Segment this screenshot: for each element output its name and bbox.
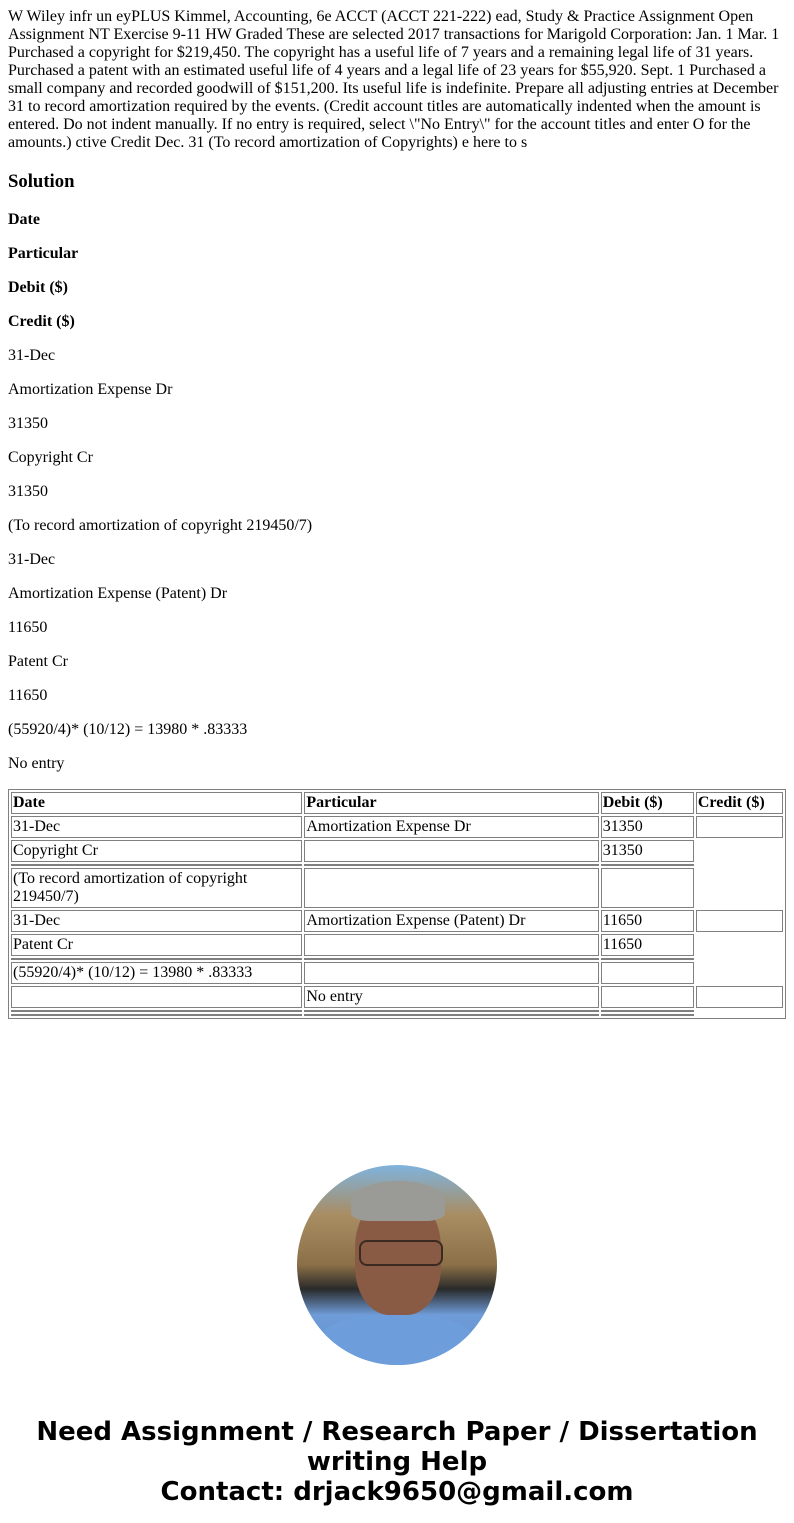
- cell-date: 31-Dec: [11, 816, 302, 838]
- question-text: W Wiley infr un eyPLUS Kimmel, Accountin…: [8, 8, 786, 152]
- solution-line: No entry: [8, 755, 786, 773]
- table-separator-row: [11, 958, 783, 960]
- cell-particular: Amortization Expense (Patent) Dr: [304, 910, 598, 932]
- table-header-row: Date Particular Debit ($) Credit ($): [11, 792, 783, 814]
- cell-date: (55920/4)* (10/12) = 13980 * .83333: [11, 962, 302, 984]
- cell-debit: [601, 868, 694, 908]
- cell-particular: [304, 962, 598, 984]
- header-particular: Particular: [304, 792, 598, 814]
- cell-particular: [304, 840, 598, 862]
- solution-line: Credit ($): [8, 313, 786, 331]
- table-separator-row: [11, 1010, 783, 1012]
- solution-line: Copyright Cr: [8, 449, 786, 467]
- table-separator-row: [11, 1014, 783, 1016]
- author-photo-container: [0, 1165, 794, 1365]
- cell-credit: [696, 910, 783, 932]
- cell-date: Patent Cr: [11, 934, 302, 956]
- cell-particular: No entry: [304, 986, 598, 1008]
- cell-date: 31-Dec: [11, 910, 302, 932]
- table-row: 31-Dec Amortization Expense (Patent) Dr …: [11, 910, 783, 932]
- cell-particular: [304, 934, 598, 956]
- table-separator-row: [11, 864, 783, 866]
- table-row: Patent Cr 11650: [11, 934, 783, 956]
- cell-credit: [696, 816, 783, 838]
- solution-line: (55920/4)* (10/12) = 13980 * .83333: [8, 721, 786, 739]
- solution-line: Amortization Expense Dr: [8, 381, 786, 399]
- table-row: No entry: [11, 986, 783, 1008]
- promo-banner: Need Assignment / Research Paper / Disse…: [0, 1417, 794, 1507]
- promo-line-1: Need Assignment / Research Paper / Disse…: [0, 1417, 794, 1477]
- solution-plain-lines: DateParticularDebit ($)Credit ($)31-DecA…: [8, 211, 786, 773]
- cell-date: [11, 986, 302, 1008]
- journal-table: Date Particular Debit ($) Credit ($) 31-…: [8, 789, 786, 1019]
- solution-line: (To record amortization of copyright 219…: [8, 517, 786, 535]
- cell-debit: [601, 986, 694, 1008]
- cell-particular: [304, 868, 598, 908]
- table-row: 31-Dec Amortization Expense Dr 31350: [11, 816, 783, 838]
- solution-line: Date: [8, 211, 786, 229]
- solution-line: Debit ($): [8, 279, 786, 297]
- cell-date: (To record amortization of copyright 219…: [11, 868, 302, 908]
- header-credit: Credit ($): [696, 792, 783, 814]
- cell-debit: 31350: [601, 840, 694, 862]
- solution-line: 11650: [8, 687, 786, 705]
- cell-credit: [696, 986, 783, 1008]
- solution-line: 31350: [8, 415, 786, 433]
- cell-debit: 11650: [601, 934, 694, 956]
- cell-particular: Amortization Expense Dr: [304, 816, 598, 838]
- solution-heading: Solution: [8, 171, 786, 193]
- solution-line: Particular: [8, 245, 786, 263]
- solution-line: Patent Cr: [8, 653, 786, 671]
- glasses-shape: [359, 1240, 443, 1266]
- table-row: (To record amortization of copyright 219…: [11, 868, 783, 908]
- cell-debit: 31350: [601, 816, 694, 838]
- solution-line: 31-Dec: [8, 347, 786, 365]
- header-debit: Debit ($): [601, 792, 694, 814]
- cell-debit: [601, 962, 694, 984]
- cell-date: Copyright Cr: [11, 840, 302, 862]
- solution-line: 11650: [8, 619, 786, 637]
- cell-debit: 11650: [601, 910, 694, 932]
- table-row: (55920/4)* (10/12) = 13980 * .83333: [11, 962, 783, 984]
- hair-shape: [351, 1181, 445, 1221]
- header-date: Date: [11, 792, 302, 814]
- solution-line: Amortization Expense (Patent) Dr: [8, 585, 786, 603]
- shirt-shape: [317, 1315, 477, 1365]
- table-row: Copyright Cr 31350: [11, 840, 783, 862]
- author-photo: [297, 1165, 497, 1365]
- solution-line: 31350: [8, 483, 786, 501]
- solution-line: 31-Dec: [8, 551, 786, 569]
- promo-contact: Contact: drjack9650@gmail.com: [0, 1477, 794, 1507]
